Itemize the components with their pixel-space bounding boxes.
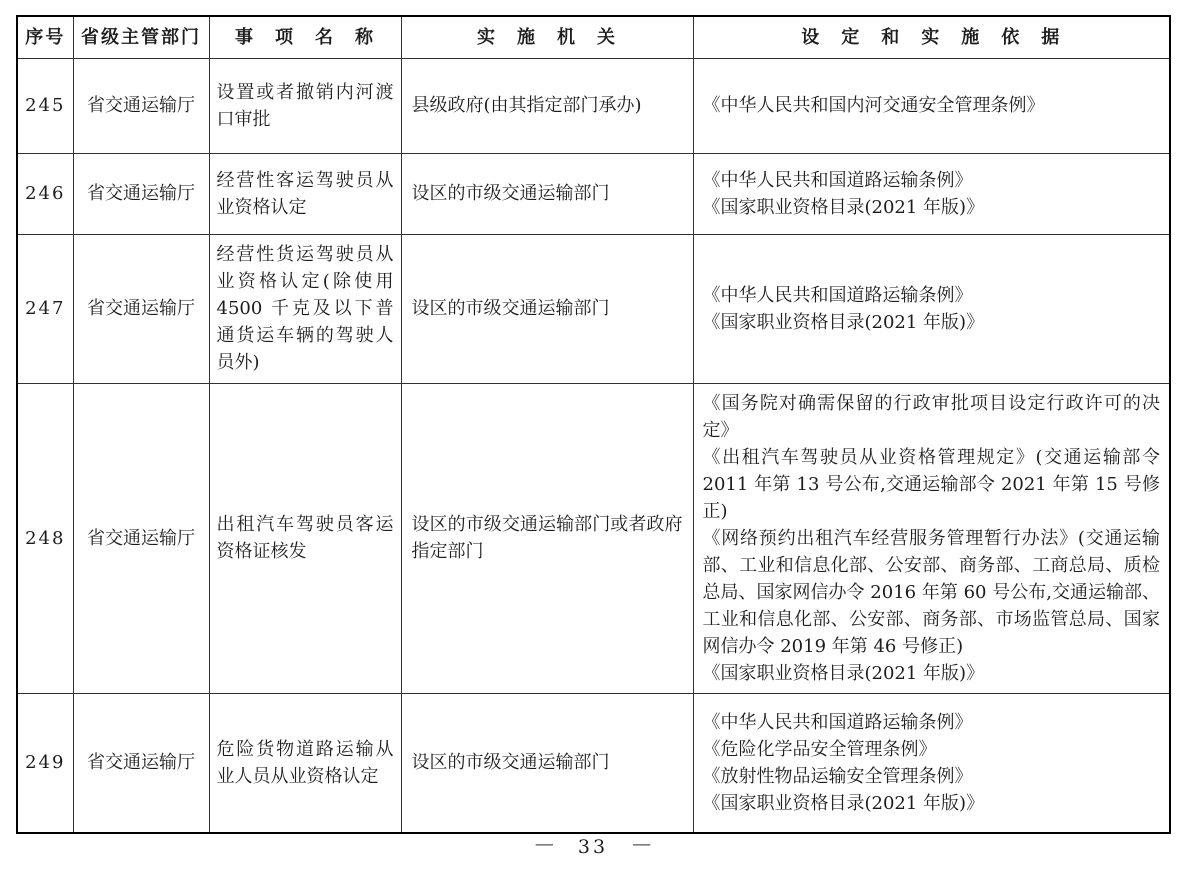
cell-agency: 设区的市级交通运输部门或者政府指定部门 <box>401 383 693 693</box>
cell-agency: 设区的市级交通运输部门 <box>401 234 693 383</box>
table-header-row: 序号 省级主管部门 事 项 名 称 实 施 机 关 设 定 和 实 施 依 据 <box>17 16 1170 58</box>
cell-agency: 设区的市级交通运输部门 <box>401 153 693 234</box>
cell-basis: 《中华人民共和国道路运输条例》 《国家职业资格目录(2021 年版)》 <box>693 153 1170 234</box>
cell-item: 出租汽车驾驶员客运资格证核发 <box>209 383 401 693</box>
document-page: 序号 省级主管部门 事 项 名 称 实 施 机 关 设 定 和 实 施 依 据 … <box>0 0 1186 883</box>
page-footer: —33— <box>0 836 1186 858</box>
table-row: 245 省交通运输厅 设置或者撤销内河渡口审批 县级政府(由其指定部门承办) 《… <box>17 58 1170 153</box>
cell-item: 经营性客运驾驶员从业资格认定 <box>209 153 401 234</box>
cell-seq: 248 <box>17 383 73 693</box>
cell-item: 设置或者撤销内河渡口审批 <box>209 58 401 153</box>
cell-seq: 247 <box>17 234 73 383</box>
cell-dept: 省交通运输厅 <box>73 234 209 383</box>
cell-basis: 《中华人民共和国内河交通安全管理条例》 <box>693 58 1170 153</box>
cell-dept: 省交通运输厅 <box>73 693 209 833</box>
footer-dash-left: — <box>535 833 554 855</box>
column-header-agency: 实 施 机 关 <box>401 16 693 58</box>
cell-item: 经营性货运驾驶员从业资格认定(除使用 4500 千克及以下普通货运车辆的驾驶人员… <box>209 234 401 383</box>
cell-seq: 249 <box>17 693 73 833</box>
cell-agency: 设区的市级交通运输部门 <box>401 693 693 833</box>
table-row: 247 省交通运输厅 经营性货运驾驶员从业资格认定(除使用 4500 千克及以下… <box>17 234 1170 383</box>
cell-dept: 省交通运输厅 <box>73 383 209 693</box>
cell-seq: 245 <box>17 58 73 153</box>
cell-basis: 《国务院对确需保留的行政审批项目设定行政许可的决定》 《出租汽车驾驶员从业资格管… <box>693 383 1170 693</box>
column-header-seq: 序号 <box>17 16 73 58</box>
page-number: 33 <box>578 836 608 858</box>
column-header-item: 事 项 名 称 <box>209 16 401 58</box>
cell-basis: 《中华人民共和国道路运输条例》 《危险化学品安全管理条例》 《放射性物品运输安全… <box>693 693 1170 833</box>
cell-agency: 县级政府(由其指定部门承办) <box>401 58 693 153</box>
cell-basis: 《中华人民共和国道路运输条例》 《国家职业资格目录(2021 年版)》 <box>693 234 1170 383</box>
column-header-basis: 设 定 和 实 施 依 据 <box>693 16 1170 58</box>
cell-dept: 省交通运输厅 <box>73 58 209 153</box>
table-row: 248 省交通运输厅 出租汽车驾驶员客运资格证核发 设区的市级交通运输部门或者政… <box>17 383 1170 693</box>
cell-dept: 省交通运输厅 <box>73 153 209 234</box>
table-row: 246 省交通运输厅 经营性客运驾驶员从业资格认定 设区的市级交通运输部门 《中… <box>17 153 1170 234</box>
cell-item: 危险货物道路运输从业人员从业资格认定 <box>209 693 401 833</box>
column-header-dept: 省级主管部门 <box>73 16 209 58</box>
permits-table: 序号 省级主管部门 事 项 名 称 实 施 机 关 设 定 和 实 施 依 据 … <box>16 15 1171 834</box>
cell-seq: 246 <box>17 153 73 234</box>
table-row: 249 省交通运输厅 危险货物道路运输从业人员从业资格认定 设区的市级交通运输部… <box>17 693 1170 833</box>
footer-dash-right: — <box>632 833 651 855</box>
